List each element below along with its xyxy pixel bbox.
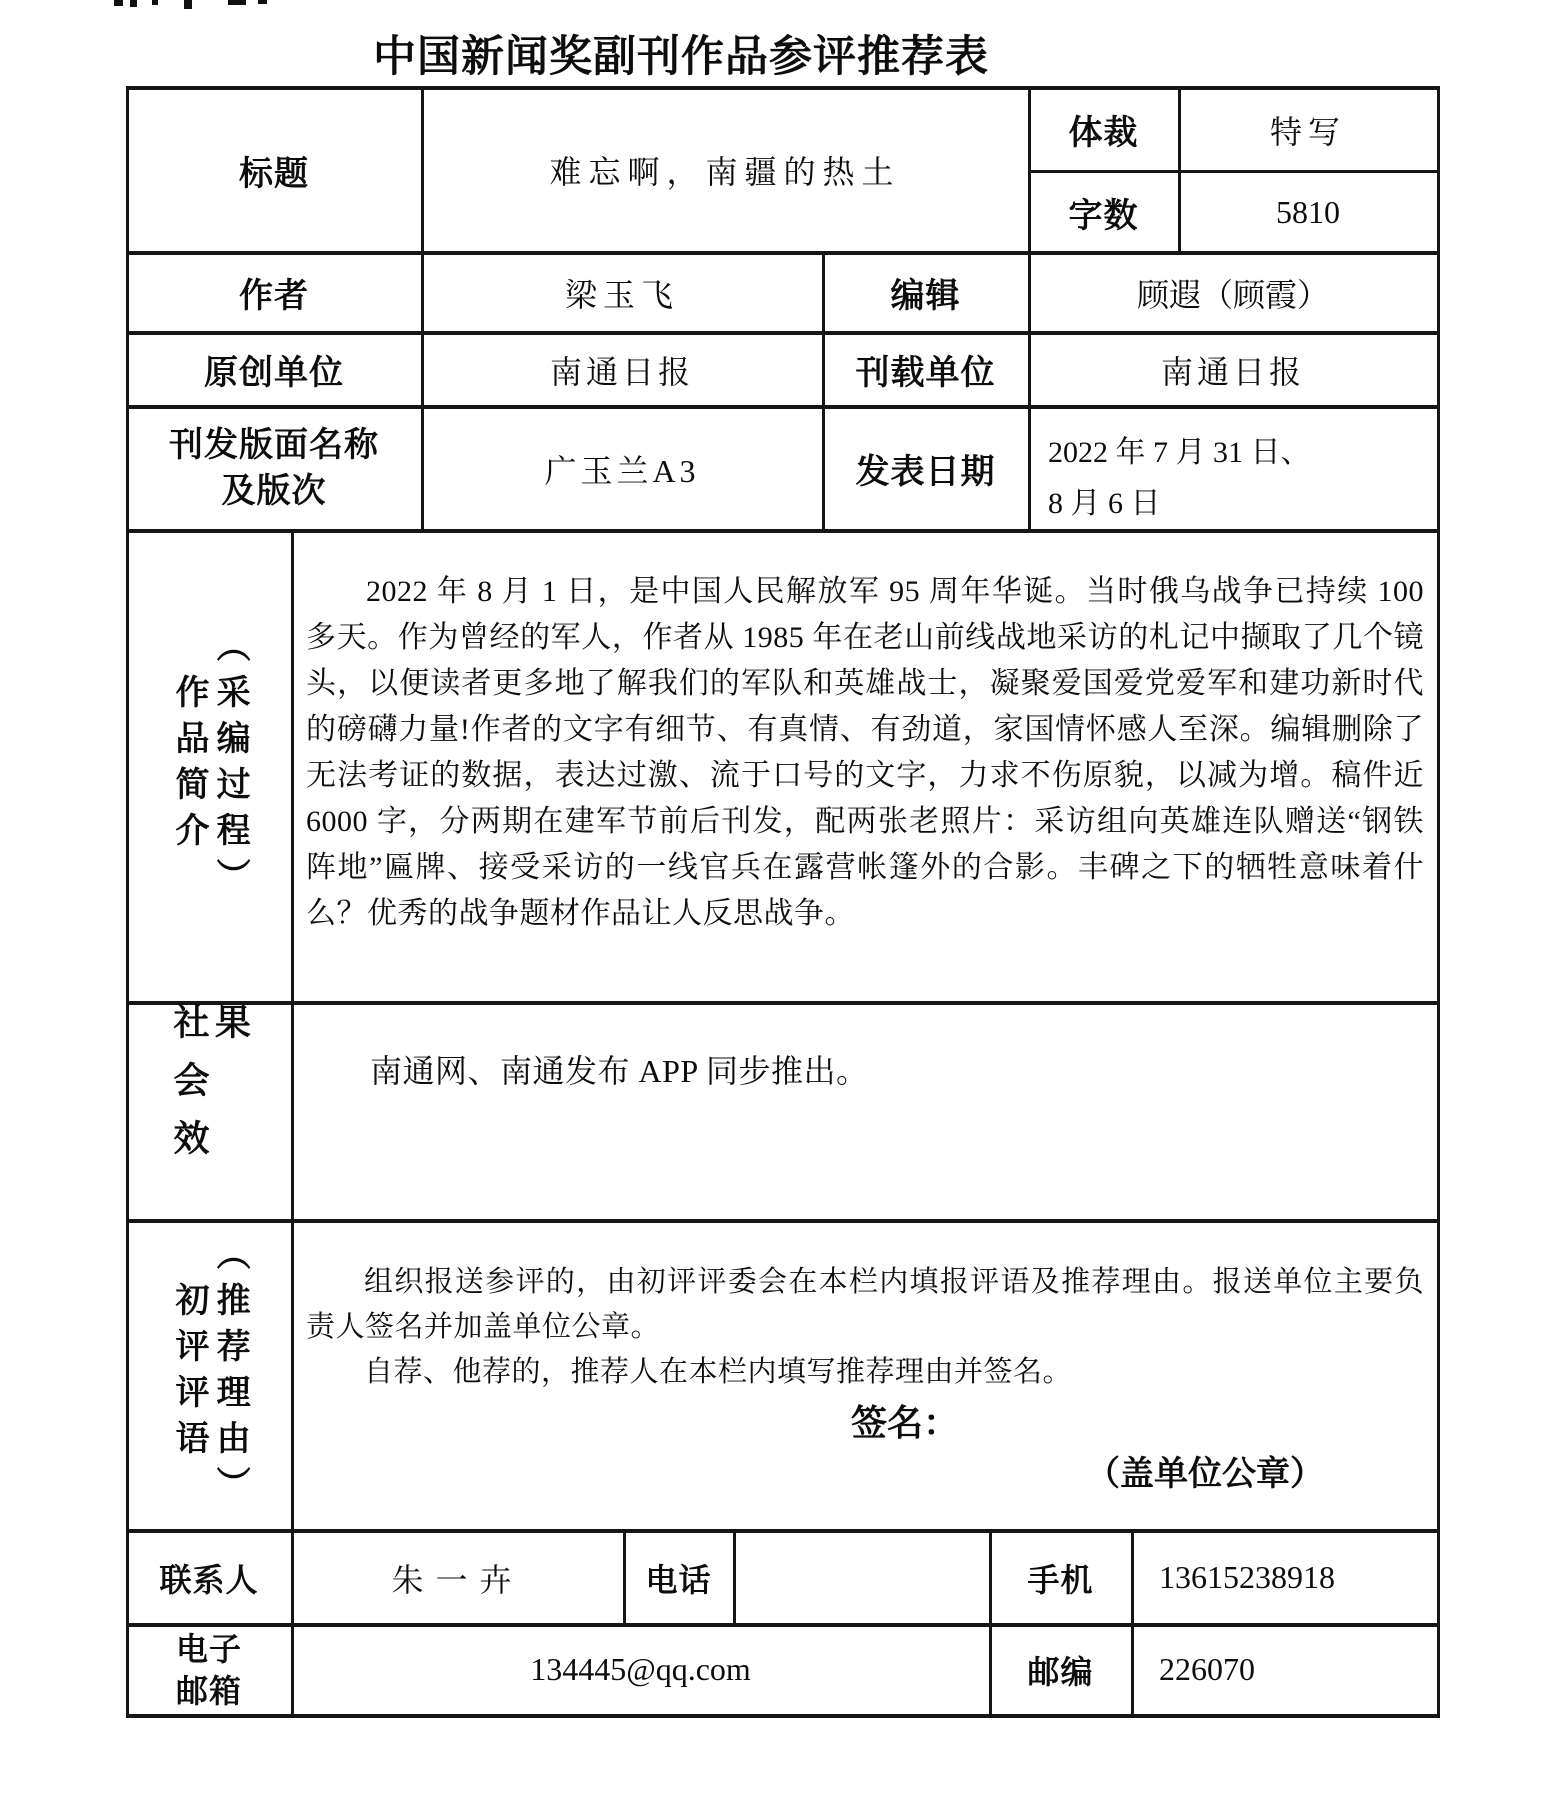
review-label-main: 初评评语 — [169, 1282, 208, 1466]
review-label-sub: （推荐理由） — [210, 1236, 249, 1512]
field-label-original-unit: 原创单位 — [129, 335, 419, 404]
field-label-zip: 邮编 — [992, 1627, 1129, 1712]
artifact-mark — [228, 0, 246, 5]
field-label-work-intro: 作品简介 （采编过程） — [129, 533, 289, 999]
table-border-bottom — [126, 1714, 1440, 1718]
field-label-editor: 编辑 — [825, 255, 1026, 330]
social-effect-label-text: 社会效果 — [168, 1003, 251, 1217]
field-label-publish-unit: 刊载单位 — [825, 335, 1026, 404]
field-label-publish-date: 发表日期 — [825, 409, 1026, 528]
field-label-mobile: 手机 — [992, 1533, 1129, 1622]
field-label-phone: 电话 — [626, 1533, 731, 1622]
field-value-zip: 226070 — [1134, 1627, 1435, 1712]
table-border-right — [1437, 86, 1440, 1718]
grid-line-row4-bottom — [126, 529, 1440, 533]
artifact-mark — [258, 0, 267, 4]
seal-label: （盖单位公章） — [306, 1451, 1424, 1499]
review-content: 组织报送参评的，由初评评委会在本栏内填报评语及推荐理由。报送单位主要负责人签名并… — [306, 1260, 1424, 1499]
work-intro-label-sub: （采编过程） — [210, 628, 249, 904]
work-intro-label-main: 作品简介 — [169, 674, 208, 858]
field-label-social-effect: 社会效果 — [129, 1003, 289, 1217]
field-value-contact: 朱一卉 — [294, 1533, 621, 1622]
field-label-title: 标题 — [129, 90, 419, 250]
field-label-contact: 联系人 — [129, 1533, 289, 1622]
field-label-page-name: 刊发版面名称及版次 — [129, 409, 419, 528]
review-instruction-2: 自荐、他荐的，推荐人在本栏内填写推荐理由并签名。 — [306, 1350, 1424, 1395]
review-instruction-1: 组织报送参评的，由初评评委会在本栏内填报评语及推荐理由。报送单位主要负责人签名并… — [306, 1260, 1424, 1350]
field-value-genre: 特写 — [1181, 90, 1435, 169]
grid-line-intro-bottom — [126, 1001, 1440, 1005]
publish-date-line1: 2022 年 7 月 31 日、 — [1048, 427, 1433, 478]
field-label-page-name-text: 刊发版面名称及版次 — [169, 423, 379, 515]
page-title: 中国新闻奖副刊作品参评推荐表 — [126, 30, 1236, 86]
field-value-title: 难忘啊，南疆的热土 — [424, 90, 1026, 250]
field-label-email: 电子邮箱 — [129, 1627, 289, 1712]
field-value-editor: 顾遐（顾霞） — [1031, 255, 1435, 330]
social-effect-text: 南通网、南通发布 APP 同步推出。 — [306, 1047, 1424, 1095]
grid-line-social-bottom — [126, 1219, 1440, 1223]
artifact-mark — [152, 0, 158, 5]
field-value-publish-date: 2022 年 7 月 31 日、 8 月 6 日 — [1048, 427, 1433, 529]
field-value-phone — [736, 1533, 987, 1622]
signature-label: 签名： — [306, 1395, 1424, 1451]
artifact-mark — [130, 0, 137, 7]
artifact-mark — [184, 0, 192, 9]
field-label-review-comment: 初评评语 （推荐理由） — [129, 1221, 289, 1527]
work-intro-text: 2022 年 8 月 1 日，是中国人民解放军 95 周年华诞。当时俄乌战争已持… — [306, 569, 1424, 937]
field-value-email: 134445@qq.com — [294, 1627, 987, 1712]
form-document-page: 中国新闻奖副刊作品参评推荐表 标题 难忘啊，南疆的热土 体裁 特写 字数 581… — [0, 0, 1547, 1800]
field-value-publish-unit: 南通日报 — [1031, 335, 1435, 404]
field-value-page-name: 广玉兰A3 — [424, 409, 820, 528]
field-value-original-unit: 南通日报 — [424, 335, 820, 404]
field-value-mobile: 13615238918 — [1134, 1533, 1435, 1622]
publish-date-line2: 8 月 6 日 — [1048, 478, 1433, 529]
field-label-author: 作者 — [129, 255, 419, 330]
grid-line-genre-wordcount — [1028, 170, 1440, 173]
field-value-author: 梁玉飞 — [424, 255, 820, 330]
field-label-genre: 体裁 — [1031, 90, 1176, 169]
field-label-email-text: 电子邮箱 — [174, 1628, 244, 1712]
field-value-wordcount: 5810 — [1181, 174, 1435, 250]
field-label-wordcount: 字数 — [1031, 174, 1176, 250]
artifact-mark — [114, 0, 123, 6]
